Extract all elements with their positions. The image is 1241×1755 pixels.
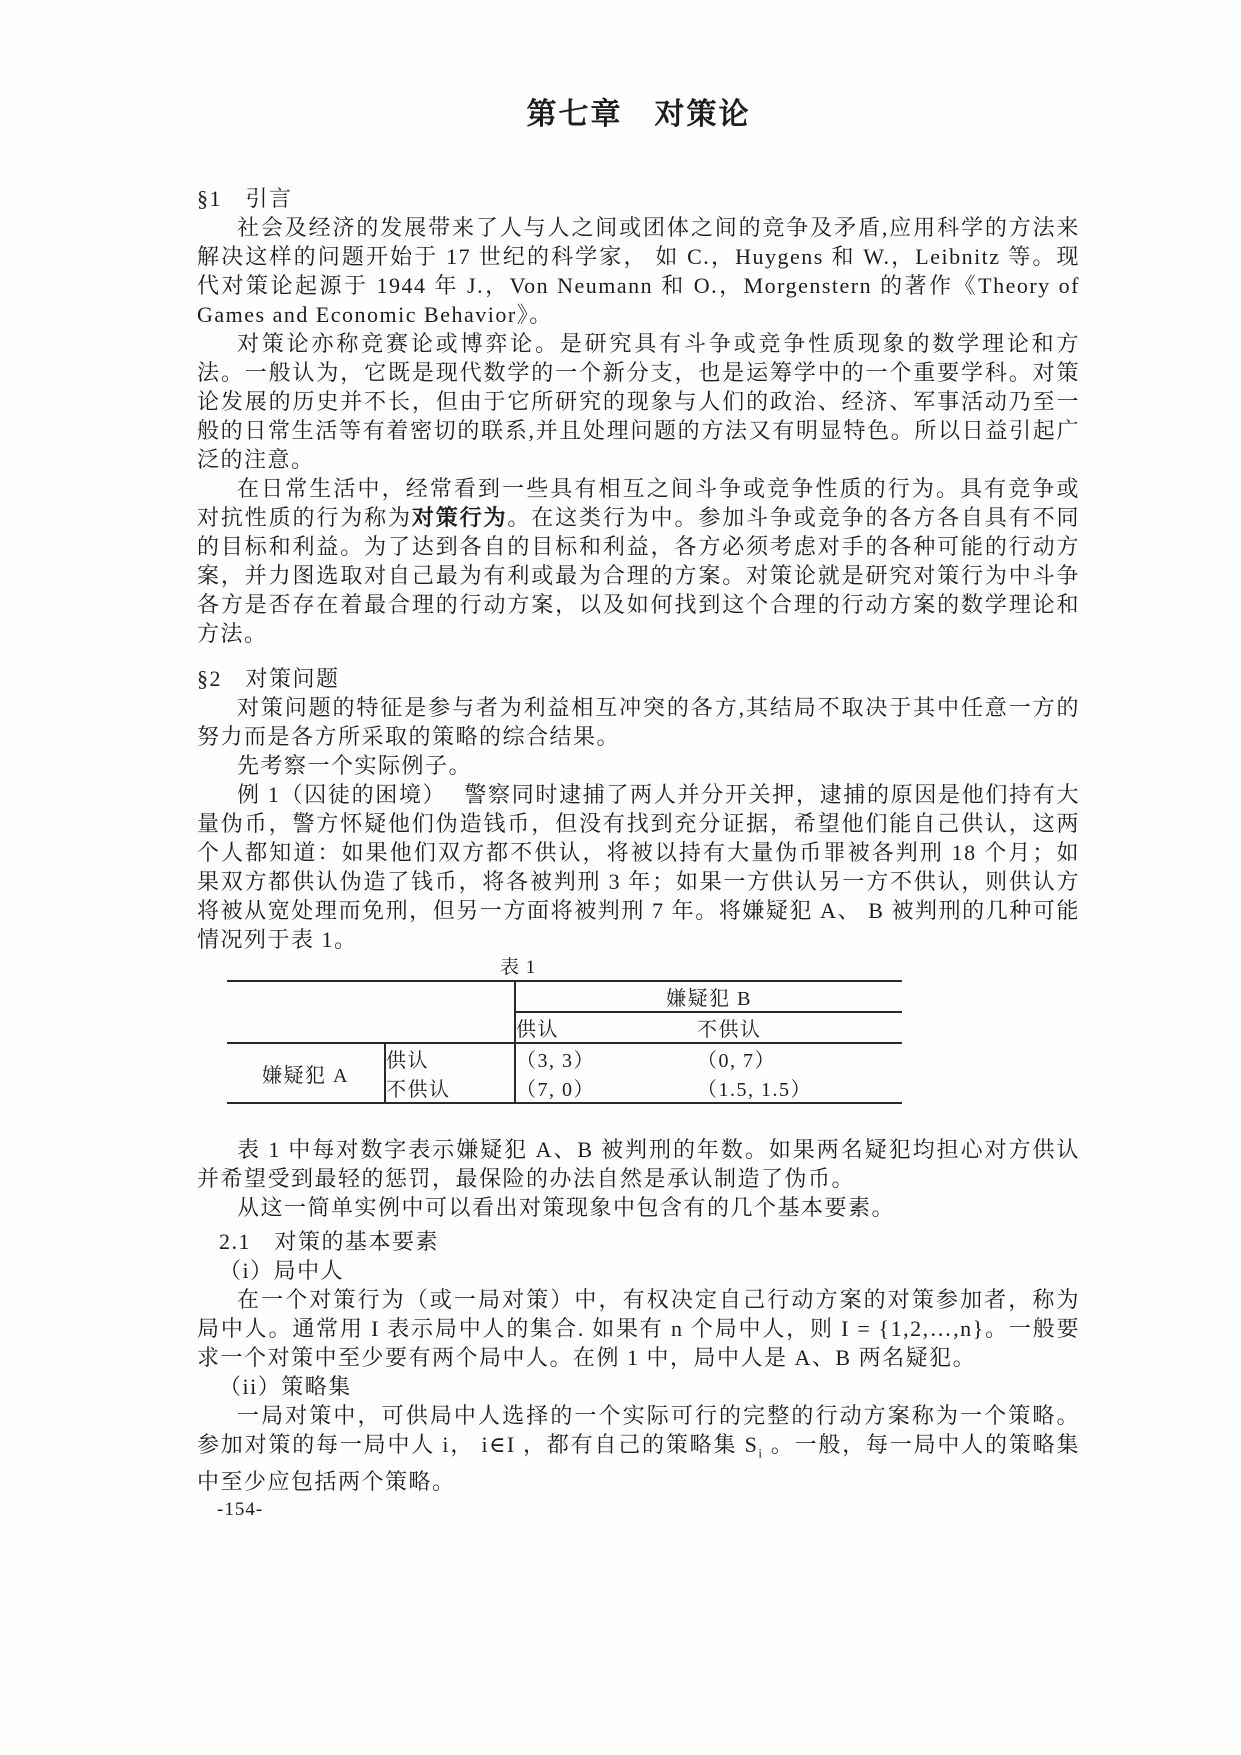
table-row: 供认 不供认 xyxy=(227,1012,902,1043)
section-1-heading: §1 引言 xyxy=(197,184,1080,213)
item-i-heading: （i）局中人 xyxy=(197,1256,1080,1285)
paragraph-example-1: 例 1（囚徒的困境）警察同时逮捕了两人并分开关押，逮捕的原因是他们持有大量伪币，… xyxy=(197,780,1080,954)
example-1-body: 警察同时逮捕了两人并分开关押，逮捕的原因是他们持有大量伪币，警方怀疑他们伪造钱币… xyxy=(197,782,1080,952)
document-page: 第七章 对策论 §1 引言 社会及经济的发展带来了人与人之间或团体之间的竞争及矛… xyxy=(0,0,1241,1755)
page-number: -154- xyxy=(197,1498,1080,1522)
example-1-label: 例 1（囚徒的困境） xyxy=(237,782,446,807)
table-row: 嫌疑犯 A 供认 （3, 3） （0, 7） xyxy=(227,1043,902,1073)
table-empty-corner xyxy=(227,1012,515,1043)
table-cell-confess-confess: （3, 3） xyxy=(515,1043,697,1073)
table-empty-corner xyxy=(227,981,515,1012)
chapter-title: 第七章 对策论 xyxy=(197,96,1080,134)
table-cell-deny-deny: （1.5, 1.5） xyxy=(697,1073,902,1103)
table-header-suspect-a: 嫌疑犯 A xyxy=(227,1043,385,1103)
paragraph-s1-1: 社会及经济的发展带来了人与人之间或团体之间的竞争及矛盾,应用科学的方法来解决这样… xyxy=(197,213,1080,329)
table-cell-confess-deny: （0, 7） xyxy=(697,1043,902,1073)
table-header-b-deny: 不供认 xyxy=(697,1012,902,1043)
table-header-suspect-b: 嫌疑犯 B xyxy=(515,981,902,1012)
paragraph-s2-1: 对策问题的特征是参与者为利益相互冲突的各方,其结局不取决于其中任意一方的努力而是… xyxy=(197,693,1080,751)
text-column: 第七章 对策论 §1 引言 社会及经济的发展带来了人与人之间或团体之间的竞争及矛… xyxy=(197,0,1080,1522)
paragraph-s2-5: 从这一简单实例中可以看出对策现象中包含有的几个基本要素。 xyxy=(197,1193,1080,1222)
bold-term-duice-xingwei: 对策行为 xyxy=(412,505,508,530)
paragraph-s1-3: 在日常生活中，经常看到一些具有相互之间斗争或竞争性质的行为。具有竞争或对抗性质的… xyxy=(197,474,1080,648)
table-header-b-confess: 供认 xyxy=(515,1012,697,1043)
table-1-prisoners-dilemma: 嫌疑犯 B 供认 不供认 嫌疑犯 A 供认 （3, 3） （0, 7） 不供认 … xyxy=(227,980,902,1104)
paragraph-s1-2: 对策论亦称竞赛论或博弈论。是研究具有斗争或竞争性质现象的数学理论和方法。一般认为… xyxy=(197,329,1080,474)
table-label-a-confess: 供认 xyxy=(385,1043,515,1073)
table-row: 嫌疑犯 B xyxy=(227,981,902,1012)
subsection-2-1-heading: 2.1 对策的基本要素 xyxy=(197,1227,1080,1256)
paragraph-s2-4: 表 1 中每对数字表示嫌疑犯 A、B 被判刑的年数。如果两名疑犯均担心对方供认并… xyxy=(197,1135,1080,1193)
paragraph-players: 在一个对策行为（或一局对策）中，有权决定自己行动方案的对策参加者，称为局中人。通… xyxy=(197,1285,1080,1372)
paragraph-s2-2: 先考察一个实际例子。 xyxy=(197,751,1080,780)
table-cell-deny-confess: （7, 0） xyxy=(515,1073,697,1103)
section-2-heading: §2 对策问题 xyxy=(197,664,1080,693)
table-1-caption: 表 1 xyxy=(500,956,1080,979)
paragraph-strategy-set: 一局对策中，可供局中人选择的一个实际可行的完整的行动方案称为一个策略。参加对策的… xyxy=(197,1401,1080,1496)
item-ii-heading: （ii）策略集 xyxy=(197,1372,1080,1401)
table-label-a-deny: 不供认 xyxy=(385,1073,515,1103)
